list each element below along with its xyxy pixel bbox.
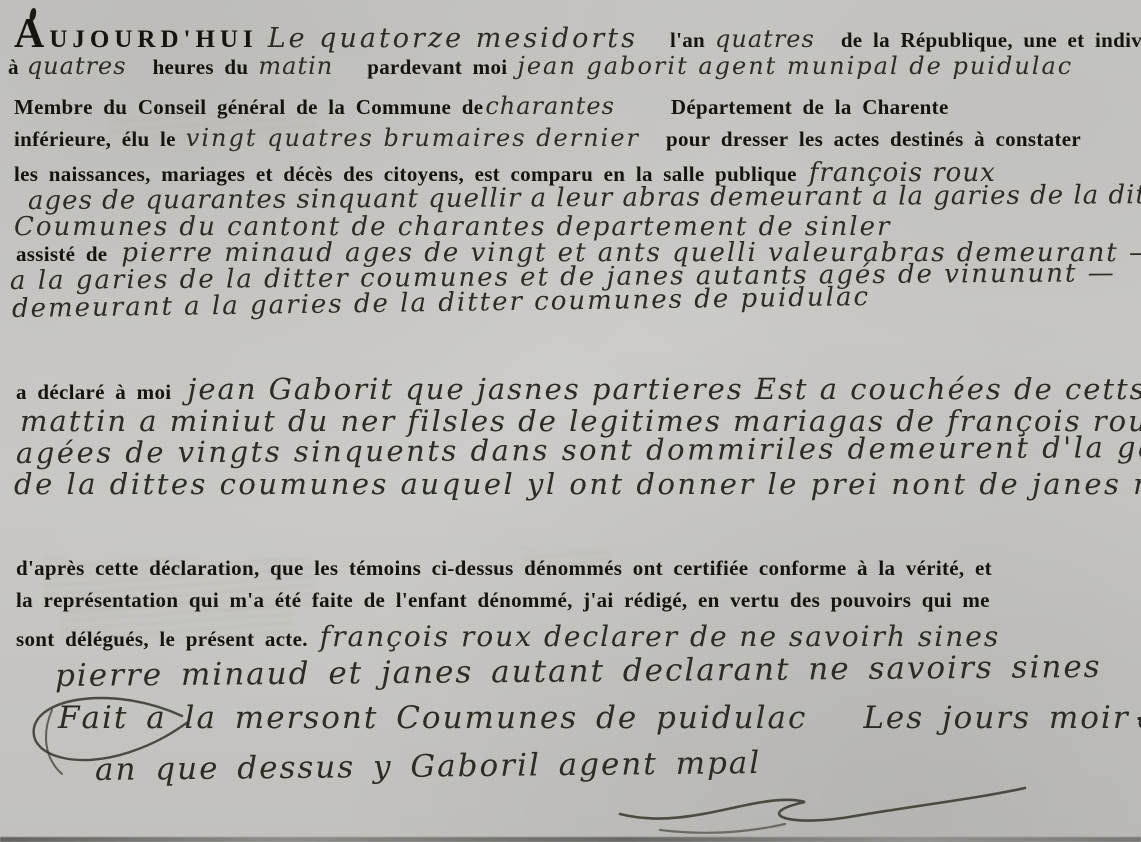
handwritten-entry: jean Gaborit que jasnes partieres Est a …	[187, 372, 1141, 406]
handwritten-entry: agées de vingts sinquents dans sont domm…	[16, 430, 1141, 470]
document-line: sont délégués, le présent acte.françois …	[16, 620, 1000, 653]
handwritten-entry: quatres	[715, 25, 815, 53]
handwritten-entry: françois roux declarer de ne savoirh sin…	[320, 620, 1000, 653]
signature-flourish	[600, 780, 1040, 840]
handwritten-entry: quatres	[27, 52, 127, 80]
handwritten-entry: de la dittes coumunes auquel yl ont donn…	[14, 467, 1141, 501]
printed-form-text: AUJOURD'HUI	[14, 10, 258, 58]
printed-form-text: pour dresser les actes destinés à consta…	[666, 127, 1081, 151]
printed-form-text: de la République, une et indivisible,	[841, 28, 1141, 52]
handwritten-entry: vingt quatres brumaires dernier	[186, 124, 640, 152]
handwritten-entry: pierre minaud et janes autant declarant …	[55, 649, 1102, 694]
printed-form-text: assisté de	[16, 242, 107, 266]
printed-form-text: à	[8, 55, 19, 79]
handwritten-entry: ages de quarantes sinquant quellir a leu…	[28, 180, 1141, 216]
printed-form-text: l'an	[670, 28, 705, 52]
printed-form-text: d'après cette déclaration, que les témoi…	[16, 556, 992, 580]
document-line: àquatresheures dumatinpardevant moijean …	[8, 52, 1073, 80]
document-line: Fait a la mersont Coumunes de puidulacLe…	[58, 700, 1141, 736]
handwritten-entry-struck: any	[1138, 700, 1141, 736]
document-line: agées de vingts sinquents dans sont domm…	[16, 430, 1141, 470]
handwritten-entry: matin	[258, 52, 333, 80]
document-line: d'après cette déclaration, que les témoi…	[16, 556, 992, 581]
printed-form-text: inférieure, élu le	[14, 127, 176, 151]
document-line: pierre minaud et janes autant declarant …	[55, 649, 1102, 694]
printed-form-text: Département de la Charente	[671, 95, 949, 119]
document-line: inférieure, élu levingt quatres brumaire…	[14, 124, 1081, 152]
printed-form-text: a déclaré à moi	[16, 380, 171, 404]
handwritten-entry: Le quatorze mesidorts	[268, 23, 638, 54]
printed-form-text: heures du	[153, 55, 249, 79]
printed-form-text: Membre du Conseil général de la Commune …	[14, 95, 483, 119]
document-line: AUJOURD'HUILe quatorze mesidortsl'anquat…	[14, 10, 1141, 58]
document-line: de la dittes coumunes auquel yl ont donn…	[14, 467, 1141, 501]
scanned-document: AUJOURD'HUILe quatorze mesidortsl'anquat…	[0, 0, 1141, 842]
document-line: ages de quarantes sinquant quellir a leu…	[28, 180, 1141, 216]
printed-form-text: la représentation qui m'a été faite de l…	[16, 588, 990, 612]
document-line: la représentation qui m'a été faite de l…	[16, 588, 990, 613]
printed-form-text: sont délégués, le présent acte.	[16, 627, 308, 651]
paraph-flourish	[22, 688, 202, 778]
printed-form-text: pardevant moi	[367, 55, 507, 79]
handwritten-entry: jean gaborit agent munipal de puidulac	[517, 52, 1073, 80]
document-line: Membre du Conseil général de la Commune …	[14, 92, 949, 120]
handwritten-entry: Les jours moir	[863, 700, 1129, 736]
handwritten-entry: charantes	[485, 92, 615, 120]
document-line: a déclaré à moijean Gaborit que jasnes p…	[16, 372, 1141, 406]
